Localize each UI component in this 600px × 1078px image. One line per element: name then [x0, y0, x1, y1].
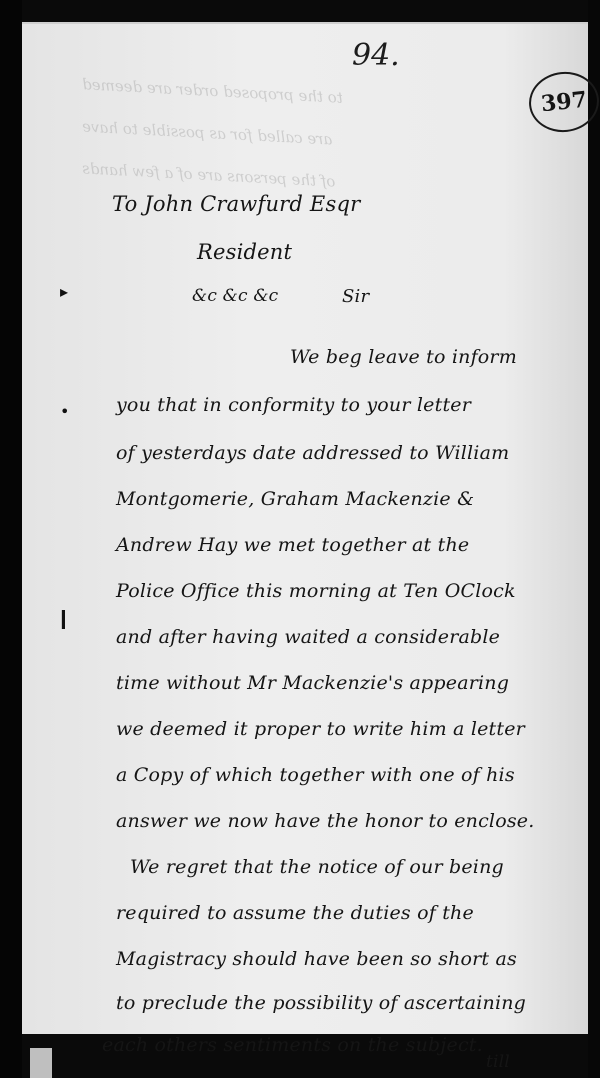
scan-left-border [0, 0, 22, 1078]
bleed-through-text: are called for as possible to have [82, 117, 333, 148]
body-line: time without Mr Mackenzie's appearing [116, 672, 509, 694]
addressee-etc: &c &c &c [192, 286, 278, 306]
body-line: Magistracy should have been so short as [116, 948, 517, 970]
body-line: We beg leave to inform [290, 346, 517, 368]
body-line: Montgomerie, Graham Mackenzie & [116, 488, 474, 510]
catchword: till [486, 1052, 510, 1072]
ink-mark: ▎ [62, 610, 74, 629]
manuscript-page: to the proposed order are deemed are cal… [22, 22, 588, 1034]
folio-number: 94. [352, 38, 400, 73]
bleed-through-text: of the persons are of a few hands [82, 159, 336, 190]
body-line: each others sentiments on the subject. [102, 1034, 483, 1056]
scan-corner-artifact [30, 1048, 52, 1078]
scan-right-border [588, 0, 600, 1078]
body-line: required to assume the duties of the [116, 902, 474, 924]
body-line: to preclude the possibility of ascertain… [116, 992, 526, 1014]
ink-mark: • [60, 402, 69, 421]
body-line: of yesterdays date addressed to William [116, 442, 509, 464]
bleed-through-text: to the proposed order are deemed [82, 75, 344, 107]
body-line: you that in conformity to your letter [116, 394, 471, 416]
addressee-title: Resident [197, 240, 292, 264]
body-line: Police Office this morning at Ten OClock [116, 580, 516, 602]
body-line: answer we now have the honor to enclose. [116, 810, 534, 832]
body-line: and after having waited a considerable [116, 626, 500, 648]
body-line: We regret that the notice of our being [130, 856, 504, 878]
body-line: we deemed it proper to write him a lette… [116, 718, 525, 740]
body-line: Andrew Hay we met together at the [116, 534, 469, 556]
ink-mark: ▸ [60, 282, 68, 301]
salutation: Sir [342, 286, 369, 307]
addressee-line: To John Crawfurd Esqr [112, 192, 360, 216]
body-line: a Copy of which together with one of his [116, 764, 515, 786]
